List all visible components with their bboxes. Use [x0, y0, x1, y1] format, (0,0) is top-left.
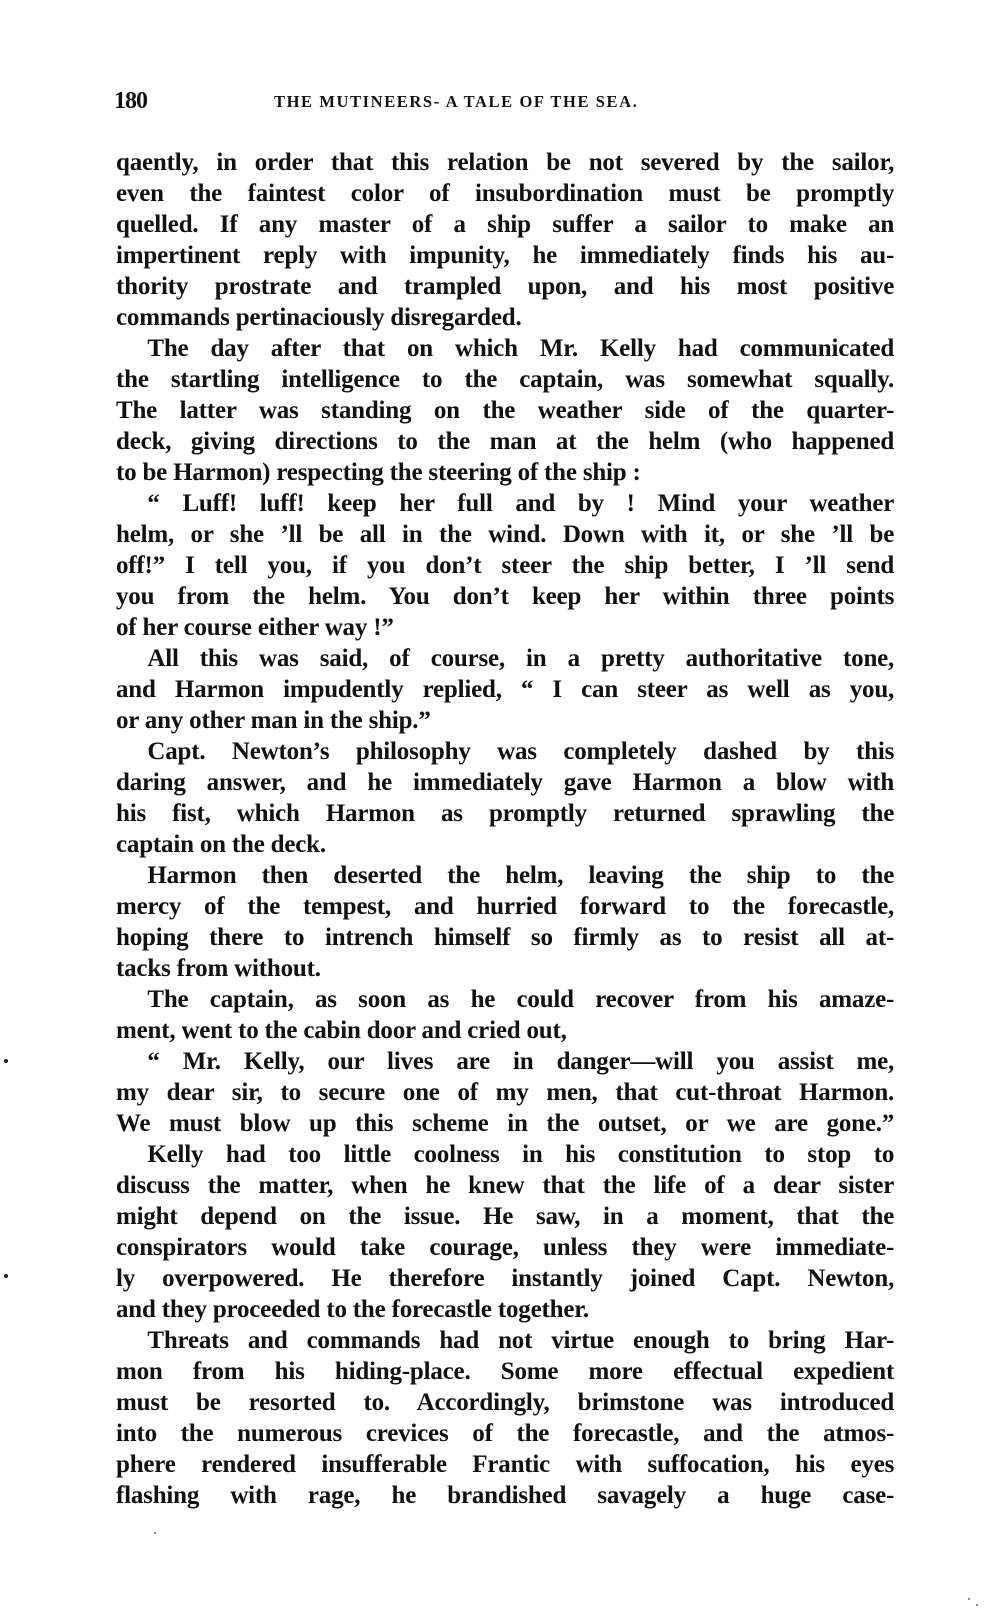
text-line: The day after that on which Mr. Kelly ha… [116, 332, 894, 363]
text-line: tacks from without. [116, 952, 894, 983]
text-line: “ Mr. Kelly, our lives are in danger—wil… [116, 1045, 894, 1076]
text-line: All this was said, of course, in a prett… [116, 642, 894, 673]
text-line: even the faintest color of insubordinati… [116, 177, 894, 208]
text-line: you from the helm. You don’t keep her wi… [116, 580, 894, 611]
text-line: flashing with rage, he brandished savage… [116, 1479, 894, 1510]
text-line: the startling intelligence to the captai… [116, 363, 894, 394]
text-line: The captain, as soon as he could recover… [116, 983, 894, 1014]
text-line: thority prostrate and trampled upon, and… [116, 270, 894, 301]
text-line: discuss the matter, when he knew that th… [116, 1169, 894, 1200]
text-line: quelled. If any master of a ship suffer … [116, 208, 894, 239]
text-line: Threats and commands had not virtue enou… [116, 1324, 894, 1355]
text-line: Harmon then deserted the helm, leaving t… [116, 859, 894, 890]
text-line: of her course either way !” [116, 611, 894, 642]
text-line: and they proceeded to the forecastle tog… [116, 1293, 894, 1324]
scan-speck [976, 1604, 978, 1606]
margin-dot [4, 1274, 8, 1278]
text-line: my dear sir, to secure one of my men, th… [116, 1076, 894, 1107]
text-line: “ Luff! luff! keep her full and by ! Min… [116, 487, 894, 518]
running-title: THE MUTINEERS- A TALE OF THE SEA. [274, 92, 638, 112]
scan-speck [968, 1598, 970, 1600]
text-line: The latter was standing on the weather s… [116, 394, 894, 425]
text-line: mercy of the tempest, and hurried forwar… [116, 890, 894, 921]
text-line: must be resorted to. Accordingly, brimst… [116, 1386, 894, 1417]
text-line: ment, went to the cabin door and cried o… [116, 1014, 894, 1045]
book-page: 180 THE MUTINEERS- A TALE OF THE SEA. qa… [0, 0, 1000, 1612]
body-text: qaently, in order that this relation be … [116, 146, 910, 1510]
page-number: 180 [114, 88, 147, 115]
text-line: Capt. Newton’s philosophy was completely… [116, 735, 894, 766]
text-line: captain on the deck. [116, 828, 894, 859]
text-line: and Harmon impudently replied, “ I can s… [116, 673, 894, 704]
text-line: impertinent reply with impunity, he imme… [116, 239, 894, 270]
text-line: commands pertinaciously disregarded. [116, 301, 894, 332]
text-line: his fist, which Harmon as promptly retur… [116, 797, 894, 828]
text-line: We must blow up this scheme in the outse… [116, 1107, 894, 1138]
text-line: ly overpowered. He therefore instantly j… [116, 1262, 894, 1293]
text-line: conspirators would take courage, unless … [116, 1231, 894, 1262]
text-line: might depend on the issue. He saw, in a … [116, 1200, 894, 1231]
running-header: 180 THE MUTINEERS- A TALE OF THE SEA. [114, 88, 914, 118]
text-line: deck, giving directions to the man at th… [116, 425, 894, 456]
text-line: off!” I tell you, if you don’t steer the… [116, 549, 894, 580]
text-line: helm, or she ’ll be all in the wind. Dow… [116, 518, 894, 549]
text-line: hoping there to intrench himself so firm… [116, 921, 894, 952]
margin-dot [4, 1059, 8, 1063]
text-line: to be Harmon) respecting the steering of… [116, 456, 894, 487]
text-line: Kelly had too little coolness in his con… [116, 1138, 894, 1169]
text-line: daring answer, and he immediately gave H… [116, 766, 894, 797]
text-line: mon from his hiding-place. Some more eff… [116, 1355, 894, 1386]
scan-speck [154, 1532, 156, 1534]
text-line: into the numerous crevices of the foreca… [116, 1417, 894, 1448]
text-line: qaently, in order that this relation be … [116, 146, 894, 177]
text-line: phere rendered insufferable Frantic with… [116, 1448, 894, 1479]
text-line: or any other man in the ship.” [116, 704, 894, 735]
